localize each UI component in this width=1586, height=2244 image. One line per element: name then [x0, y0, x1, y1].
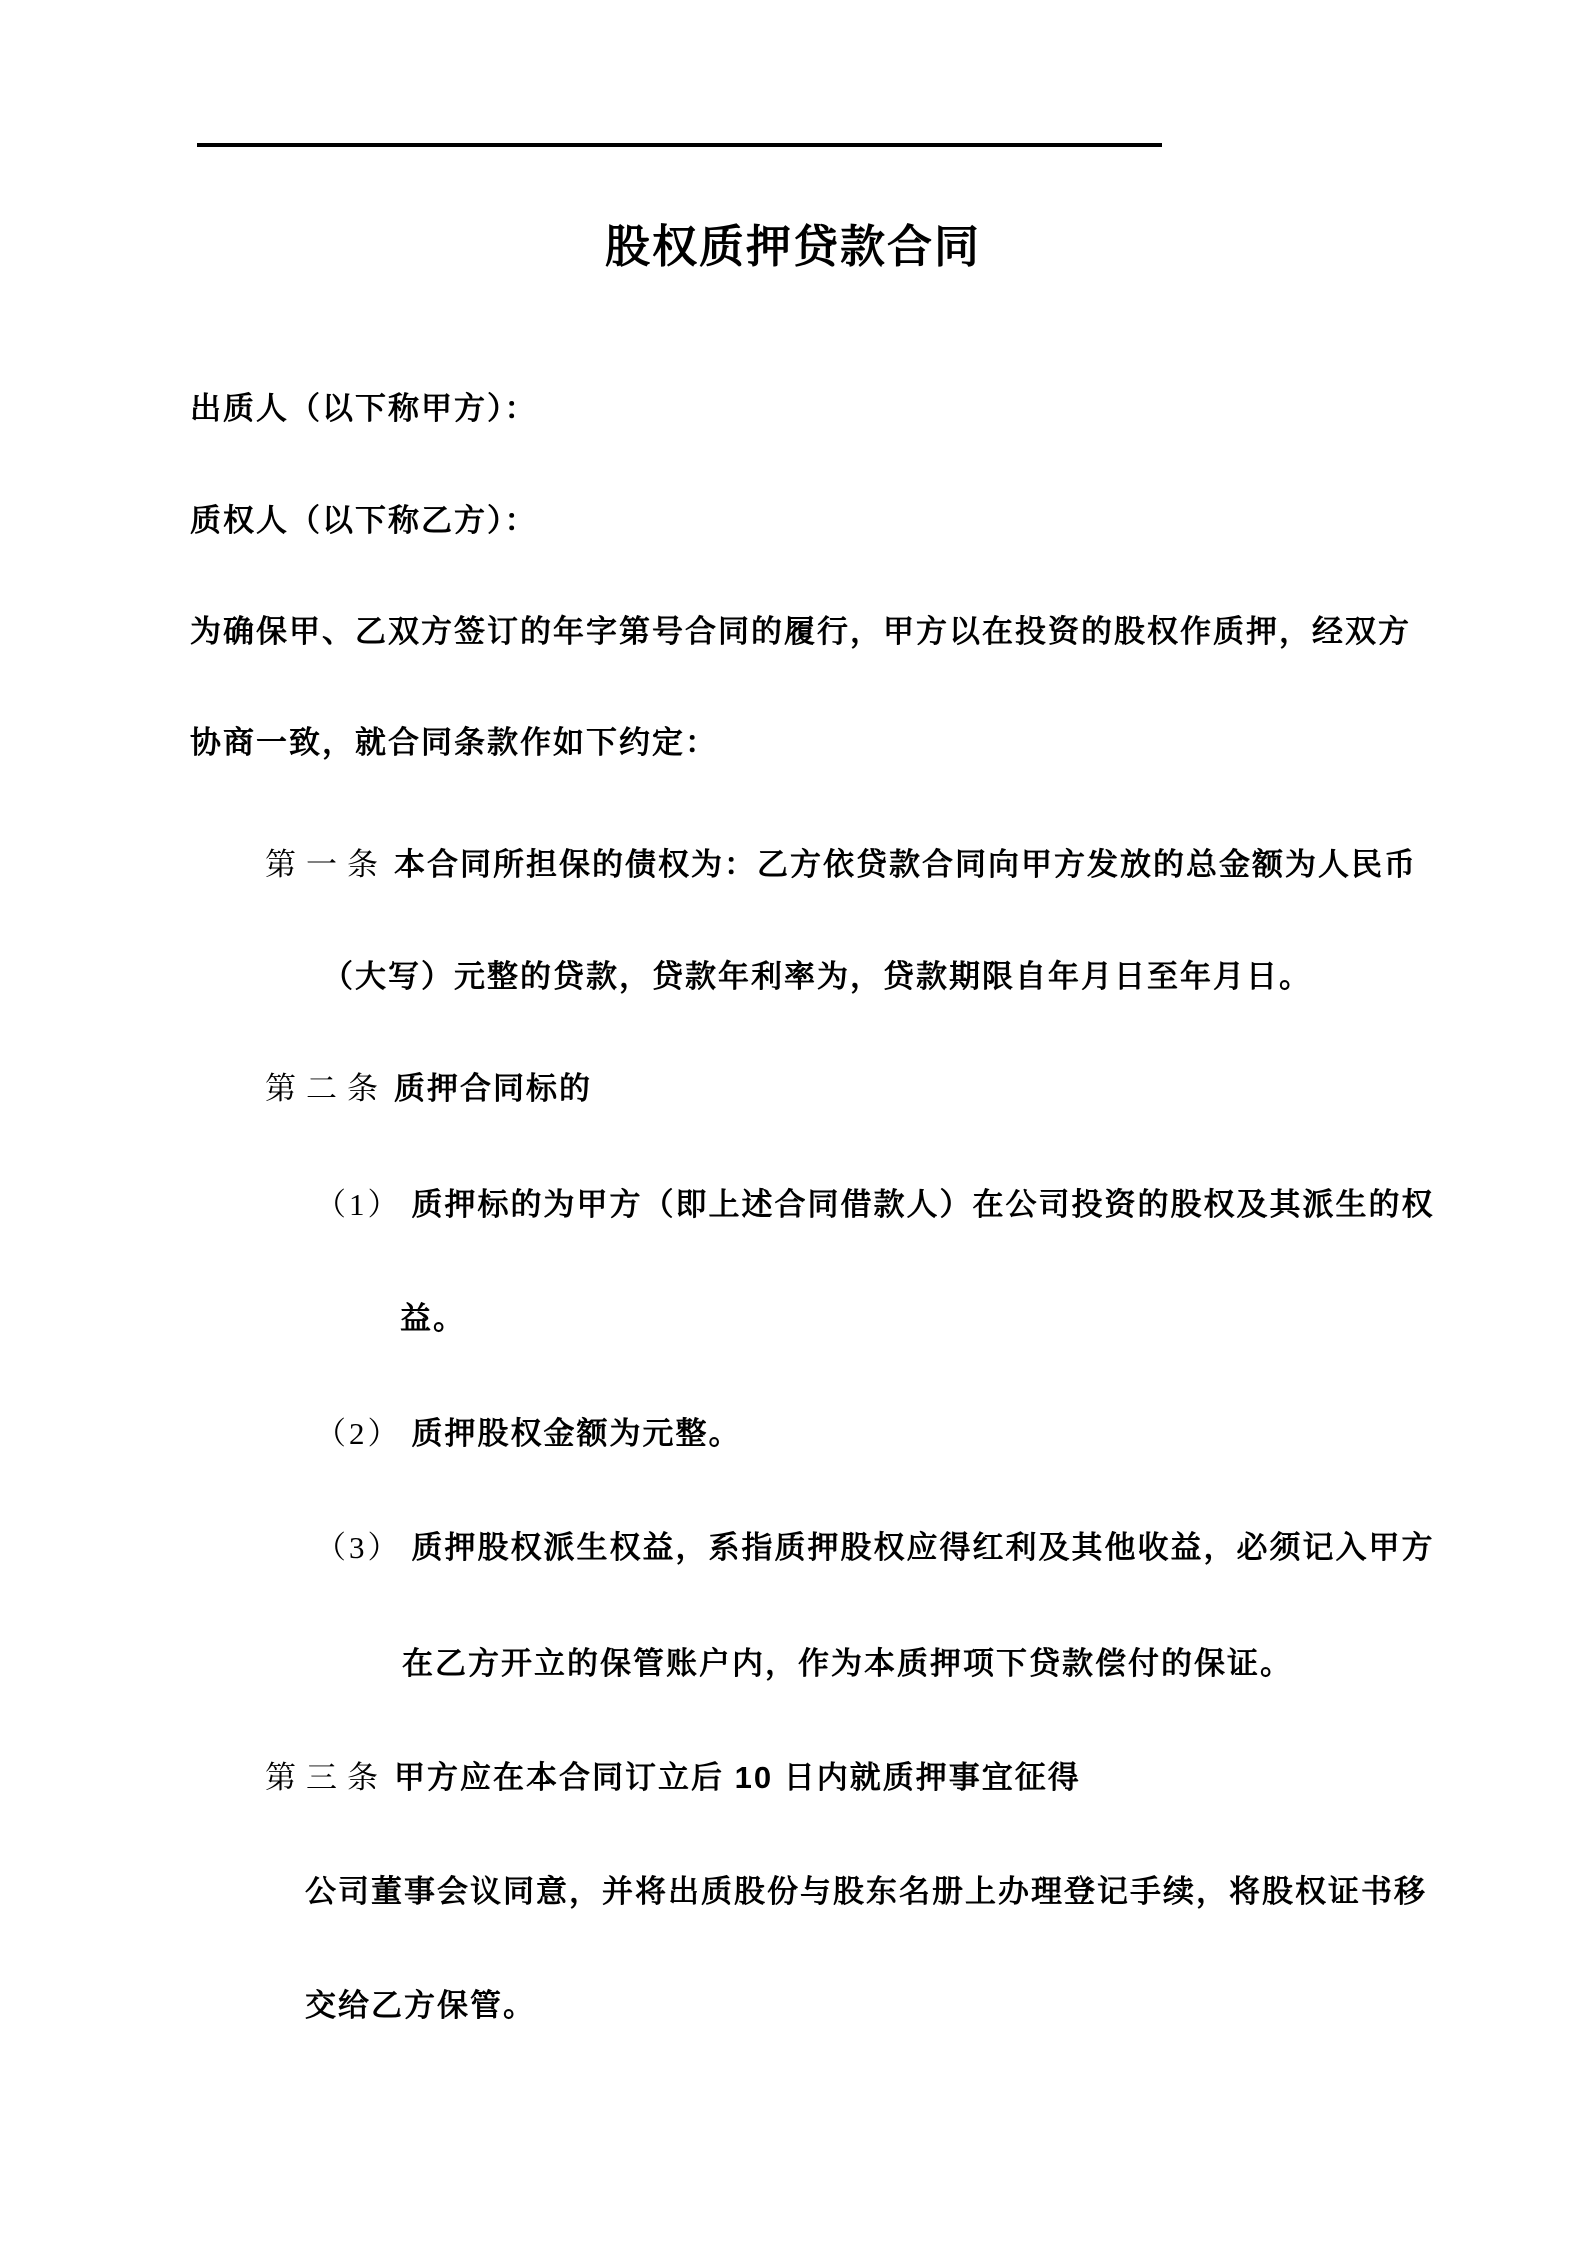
item-1-continuation: 益。: [400, 1293, 466, 1338]
article-3-continuation-1: 公司董事会议同意，并将出质股份与股东名册上办理登记手续，将股权证书移: [305, 1866, 1427, 1911]
article-1-line: 第一条本合同所担保的债权为：乙方依贷款合同向甲方发放的总金额为人民币: [265, 839, 1417, 884]
item-3-label: （3）: [315, 1530, 402, 1565]
article-1-label: 第一条: [265, 847, 388, 882]
paragraph-pledgee: 质权人（以下称乙方）：: [190, 495, 538, 540]
document-title: 股权质押贷款合同: [0, 210, 1586, 275]
header-rule-divider: [197, 143, 1162, 147]
item-3-line: （3）质押股权派生权益，系指质押股权应得红利及其他收益，必须记入甲方: [315, 1522, 1435, 1567]
item-1-label: （1）: [315, 1187, 402, 1222]
article-3-continuation-2: 交给乙方保管。: [305, 1980, 536, 2025]
article-3-label: 第三条: [265, 1760, 388, 1795]
item-3-text: 质押股权派生权益，系指质押股权应得红利及其他收益，必须记入甲方: [412, 1530, 1435, 1565]
article-3-line: 第三条甲方应在本合同订立后 10 日内就质押事宜征得: [265, 1752, 1081, 1797]
article-2-line: 第二条质押合同标的: [265, 1063, 592, 1108]
article-1-continuation: （大写）元整的贷款，贷款年利率为，贷款期限自年月日至年月日。: [322, 951, 1312, 996]
paragraph-preamble-line2: 协商一致，就合同条款作如下约定：: [190, 717, 718, 762]
item-2-text: 质押股权金额为元整。: [412, 1416, 742, 1451]
item-3-continuation: 在乙方开立的保管账户内，作为本质押项下贷款偿付的保证。: [402, 1638, 1293, 1683]
article-2-text: 质押合同标的: [394, 1071, 592, 1106]
article-1-text: 本合同所担保的债权为：乙方依贷款合同向甲方发放的总金额为人民币: [394, 847, 1417, 882]
item-2-line: （2）质押股权金额为元整。: [315, 1408, 742, 1453]
paragraph-preamble-line1: 为确保甲、乙双方签订的年字第号合同的履行，甲方以在投资的股权作质押，经双方: [190, 606, 1411, 651]
item-2-label: （2）: [315, 1416, 402, 1451]
item-1-text: 质押标的为甲方（即上述合同借款人）在公司投资的股权及其派生的权: [412, 1187, 1435, 1222]
article-2-label: 第二条: [265, 1071, 388, 1106]
article-3-text: 甲方应在本合同订立后 10 日内就质押事宜征得: [394, 1760, 1081, 1795]
contract-document-page: 股权质押贷款合同 出质人（以下称甲方）： 质权人（以下称乙方）： 为确保甲、乙双…: [0, 0, 1586, 2244]
item-1-line: （1）质押标的为甲方（即上述合同借款人）在公司投资的股权及其派生的权: [315, 1179, 1435, 1224]
paragraph-pledgor: 出质人（以下称甲方）：: [190, 383, 538, 428]
